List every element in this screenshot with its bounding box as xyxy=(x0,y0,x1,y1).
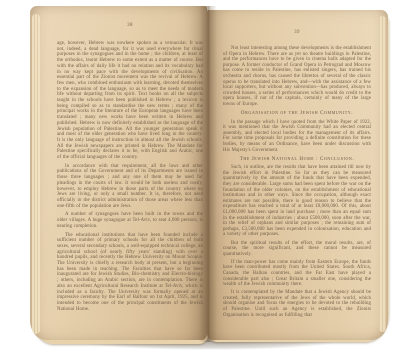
paragraph: But the spiritual results of the effort,… xyxy=(223,241,371,258)
right-page: 39 Not least interesting among these dev… xyxy=(207,10,388,340)
paragraph: The educational institutions that have b… xyxy=(57,233,203,313)
left-page-number: 38 xyxy=(57,23,203,28)
right-page-text: Not least interesting among these develo… xyxy=(223,46,371,321)
paragraph: Not least interesting among these develo… xyxy=(223,46,371,108)
paragraph: It is contemplated by the Mandate that a… xyxy=(223,290,371,318)
paragraph: In the passage which I have quoted from … xyxy=(223,120,371,154)
left-page-text: age, however, Hebrew was nowhere spoken … xyxy=(57,41,203,315)
open-book-photo: 38 age, however, Hebrew was nowhere spok… xyxy=(0,0,416,364)
paragraph: In accordance with that requirement, all… xyxy=(57,164,203,210)
section-heading: Organisation of the Jewish Community. xyxy=(223,111,371,117)
paragraph: A number of synagogues have been built i… xyxy=(57,212,203,229)
book-gutter xyxy=(199,6,217,342)
paragraph: If the man-power has come mainly from Ea… xyxy=(223,260,371,288)
section-heading: The Jewish National Home : Conclusion. xyxy=(223,157,371,163)
right-page-number: 39 xyxy=(223,30,371,35)
left-page: 38 age, however, Hebrew was nowhere spok… xyxy=(30,6,207,340)
paragraph: Such, in outline, are the results that h… xyxy=(223,165,371,238)
paragraph: age, however, Hebrew was nowhere spoken … xyxy=(57,41,203,161)
